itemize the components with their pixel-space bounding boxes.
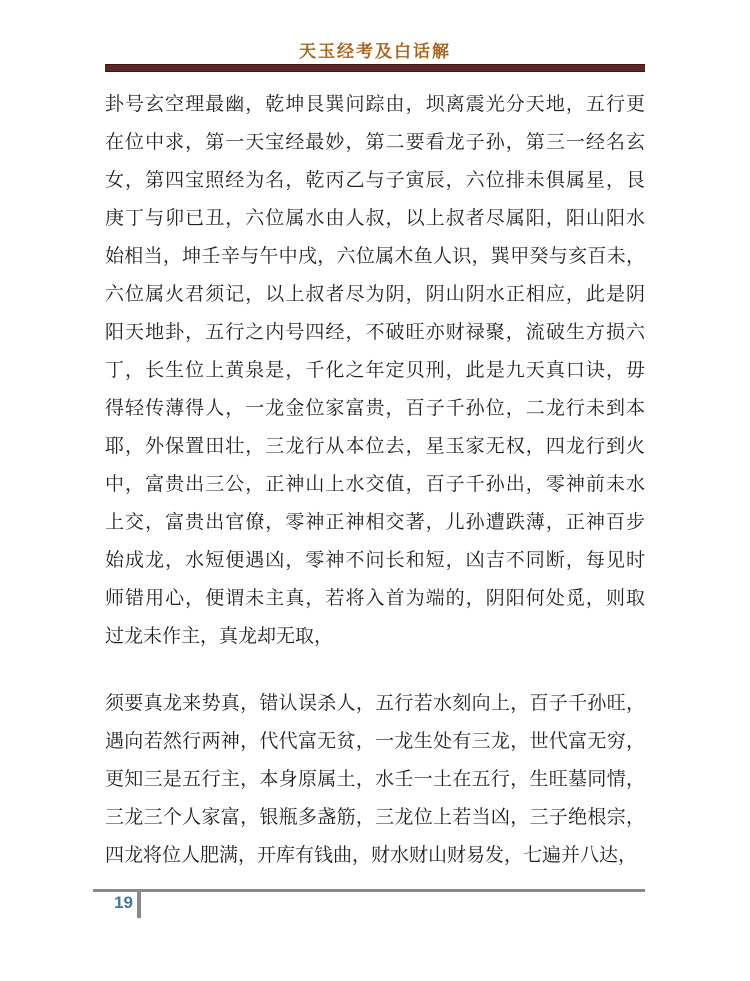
header-rule — [105, 64, 645, 72]
text-line: 在位中求，第一天宝经最妙，第二要看龙子孙，第三一经名玄 — [105, 124, 645, 162]
text-line: 得轻传薄得人，一龙金位家富贵，百子千孙位，二龙行未到本 — [105, 390, 645, 428]
text-line: 须要真龙来势真，错认误杀人，五行若水刻向上，百子千孙旺， — [105, 685, 645, 723]
text-line: 庚丁与卯已丑，六位属水由人叔，以上叔者尽属阳，阳山阳水 — [105, 200, 645, 238]
text-line: 六位属火君须记，以上叔者尽为阴，阴山阴水正相应，此是阴 — [105, 276, 645, 314]
footer-divider-bar — [137, 889, 141, 918]
paragraph-1: 卦号玄空理最幽，乾坤艮巽问踪由，坝离震光分天地，五行更在位中求，第一天宝经最妙，… — [105, 86, 645, 656]
text-line: 卦号玄空理最幽，乾坤艮巽问踪由，坝离震光分天地，五行更 — [105, 86, 645, 124]
text-line: 女，第四宝照经为名，乾丙乙与子寅辰，六位排未俱属星，艮 — [105, 162, 645, 200]
text-line: 师错用心，便谓未主真，若将入首为端的，阴阳何处觅，则取 — [105, 580, 645, 618]
text-line: 阳天地卦，五行之内号四经，不破旺亦财禄聚，流破生方损六 — [105, 314, 645, 352]
document-title: 天玉经考及白话解 — [0, 41, 750, 63]
text-line: 中，富贵出三公，正神山上水交值，百子千孙出，零神前未水 — [105, 466, 645, 504]
text-line: 上交，富贵出官僚，零神正神相交著，儿孙遭跌薄，正神百步 — [105, 504, 645, 542]
paragraph-2: 须要真龙来势真，错认误杀人，五行若水刻向上，百子千孙旺，遇向若然行两神，代代富无… — [105, 685, 645, 875]
page-number: 19 — [93, 893, 133, 913]
text-line: 丁，长生位上黄泉是，千化之年定贝刑，此是九天真口诀，毋 — [105, 352, 645, 390]
text-line: 始相当，坤壬辛与午中戌，六位属木鱼人识，巽甲癸与亥百未， — [105, 238, 645, 276]
text-line: 四龙将位人肥满，开库有钱曲，财水财山财易发，七遍并八达， — [105, 837, 645, 875]
footer-rule — [93, 889, 645, 892]
text-line: 始成龙，水短便遇凶，零神不问长和短，凶吉不同断，每见时 — [105, 542, 645, 580]
text-line: 遇向若然行两神，代代富无贫，一龙生处有三龙，世代富无穷， — [105, 723, 645, 761]
text-line: 耶，外保置田壮，三龙行从本位去，星玉家无权，四龙行到火 — [105, 428, 645, 466]
document-body: 卦号玄空理最幽，乾坤艮巽问踪由，坝离震光分天地，五行更在位中求，第一天宝经最妙，… — [105, 86, 645, 875]
text-line: 更知三是五行主，本身原属土，水壬一土在五行，生旺墓同情， — [105, 761, 645, 799]
text-line: 过龙未作主，真龙却无取， — [105, 618, 645, 656]
text-line: 三龙三个人家富，银瓶多盏筋，三龙位上若当凶，三子绝根宗， — [105, 799, 645, 837]
document-page: 天玉经考及白话解 卦号玄空理最幽，乾坤艮巽问踪由，坝离震光分天地，五行更在位中求… — [0, 0, 750, 981]
